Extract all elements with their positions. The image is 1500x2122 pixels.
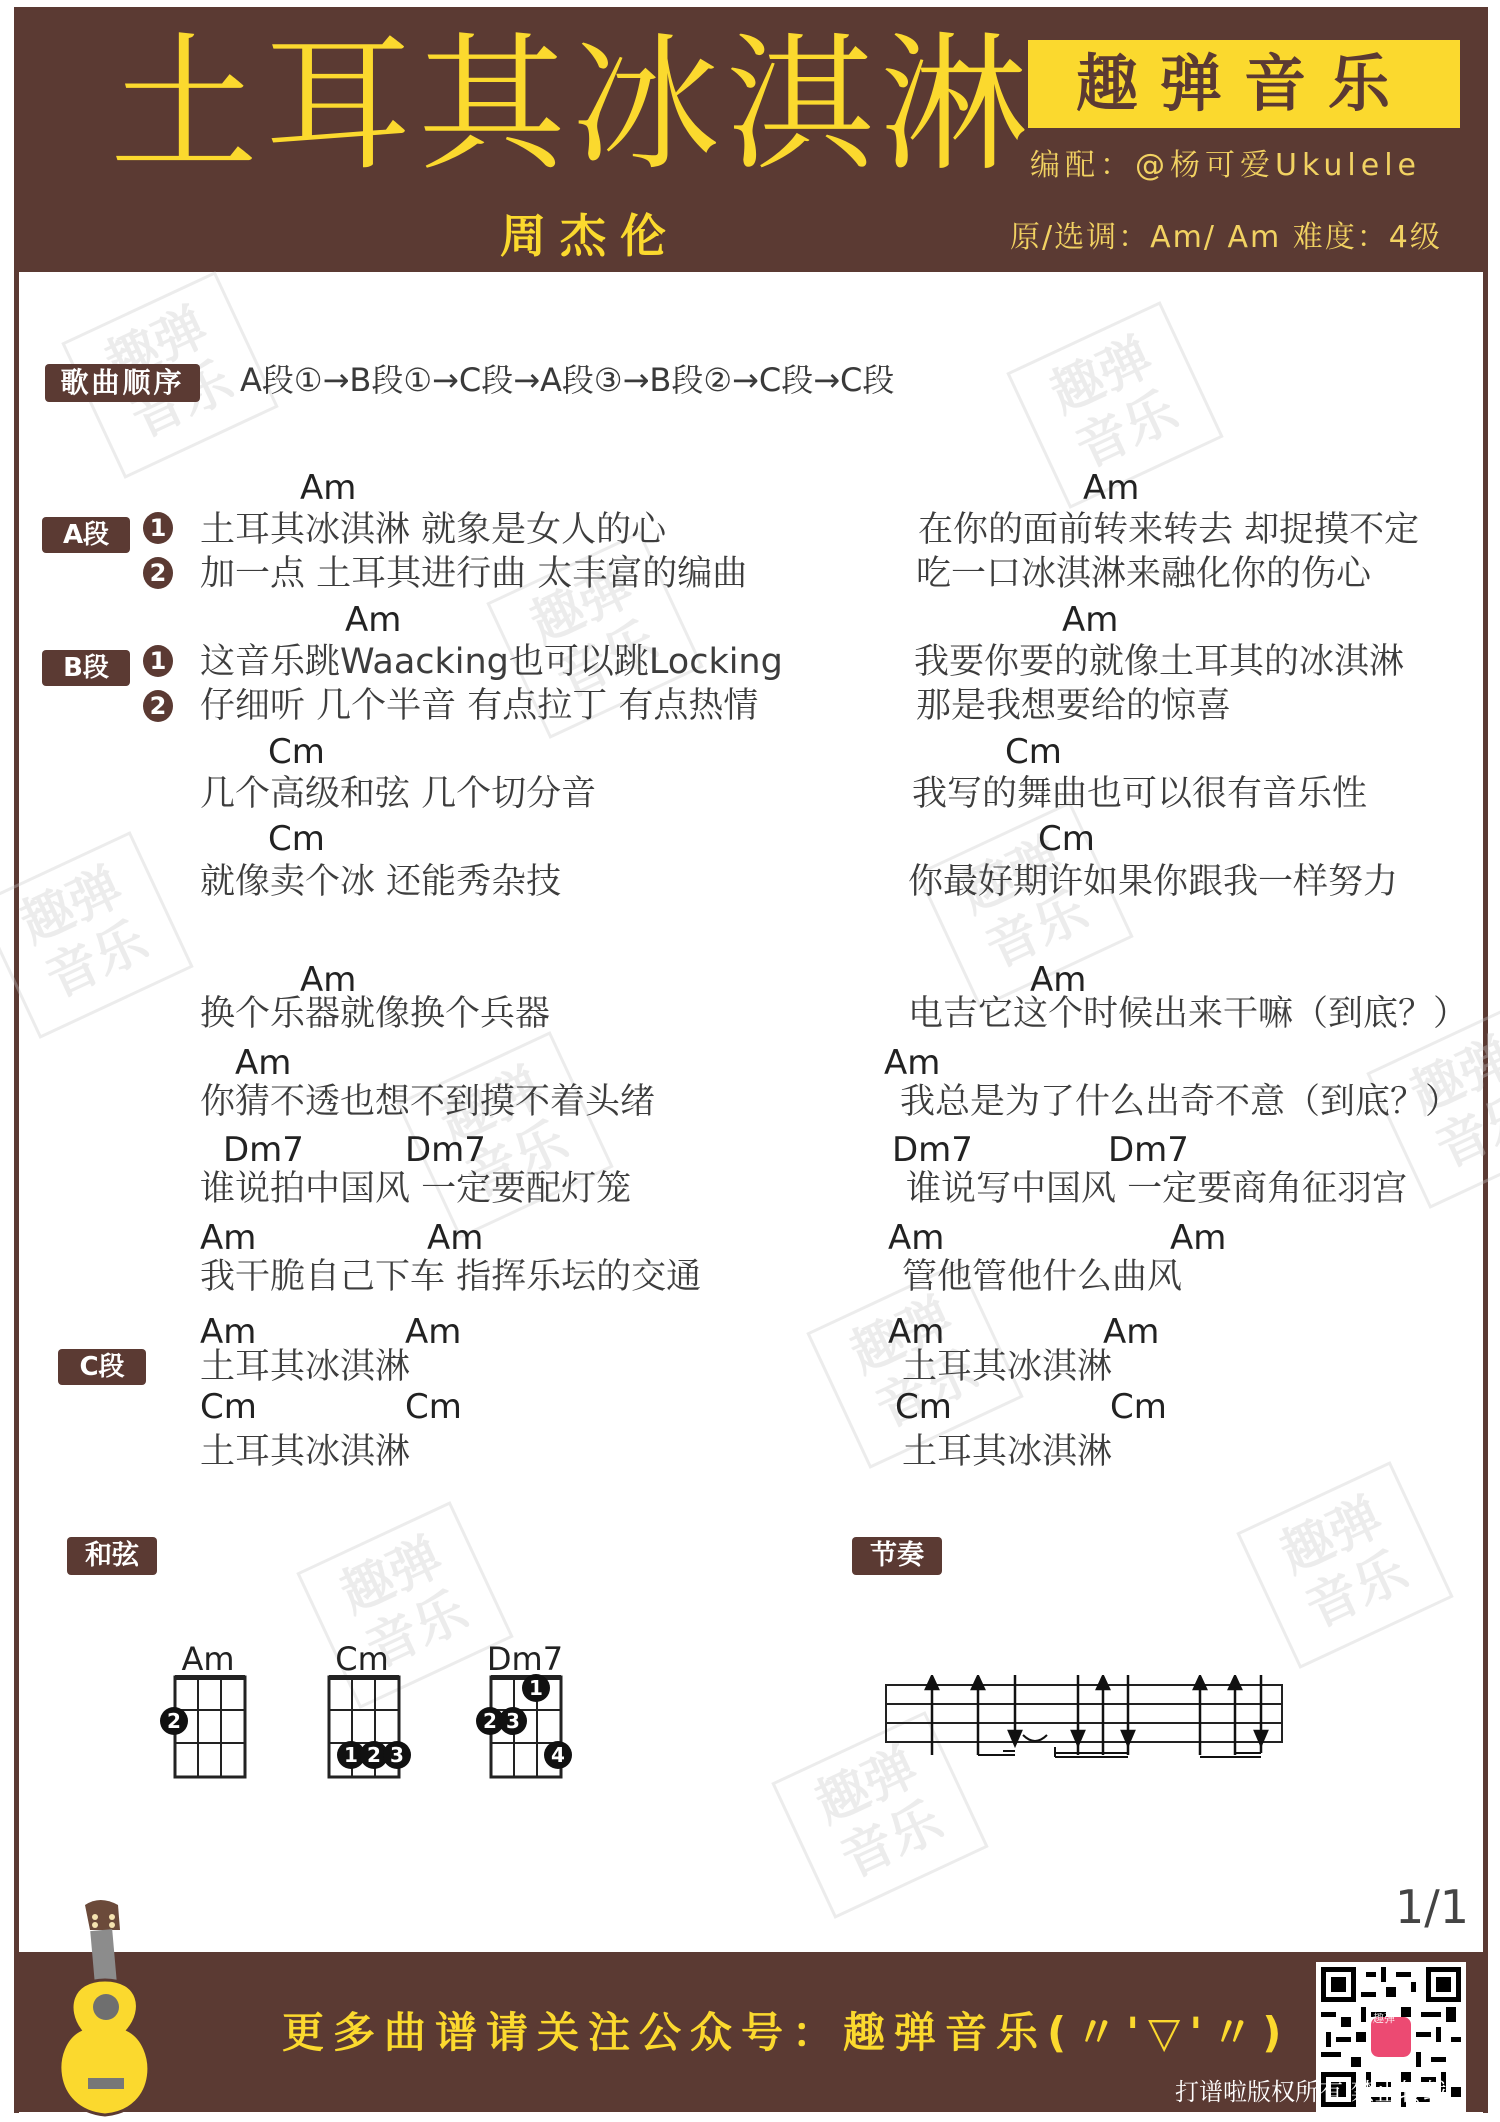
chord-label: Am [1083, 468, 1139, 508]
section-c-label: C段 [58, 1349, 146, 1385]
chord-diagram-cm [327, 1675, 407, 1789]
lyric-line: 我总是为了什么出奇不意（到底？） [900, 1080, 1460, 1124]
lyric-line: 土耳其冰淇淋 [902, 1345, 1112, 1389]
finger-dot: 1 [522, 1674, 550, 1702]
lyric-line: 这音乐跳Waacking也可以跳Locking [200, 640, 783, 684]
lyric-line: 那是我想要给的惊喜 [916, 684, 1231, 728]
verse-number-1: 1 [143, 512, 173, 544]
chord-label: Cm [268, 819, 325, 859]
chord-label: Am [427, 1218, 483, 1258]
lyric-line: 谁说拍中国风 一定要配灯笼 [200, 1167, 631, 1211]
chord-label: Am [888, 1218, 944, 1258]
chord-label: Cm [200, 1387, 257, 1427]
chord-label: Dm7 [892, 1130, 973, 1170]
chord-label: Dm7 [223, 1130, 304, 1170]
rhythm-label: 节奏 [852, 1537, 942, 1575]
chord-diagram-name: Am [168, 1640, 248, 1678]
chord-label: Am [200, 1218, 256, 1258]
chord-label: Cm [1005, 732, 1062, 772]
lyric-line: 管他管他什么曲风 [902, 1255, 1182, 1299]
chord-label: Dm7 [405, 1130, 486, 1170]
song-title: 土耳其冰淇淋 [110, 20, 1034, 190]
key-difficulty-info: 原/选调：Am/ Am 难度：4级 [1010, 212, 1442, 256]
chord-label: Am [300, 468, 356, 508]
finger-dot: 3 [499, 1707, 527, 1735]
chord-label: Cm [895, 1387, 952, 1427]
verse-number-2: 2 [143, 690, 173, 722]
strum-pattern [885, 1675, 1285, 1779]
chord-label: Dm7 [1108, 1130, 1189, 1170]
brand-logo: 趣弹音乐 [1028, 40, 1460, 128]
qr-badge: 趣弹 [1362, 2010, 1406, 2030]
lyric-line: 我干脆自己下车 指挥乐坛的交通 [200, 1255, 701, 1299]
footer-follow-text: 更多曲谱请关注公众号：趣弹音乐(〃'▽'〃) [282, 2000, 1290, 2060]
chord-diagram-name: Dm7 [485, 1640, 565, 1678]
finger-dot: 2 [160, 1707, 188, 1735]
arranger-credit: 编配：@杨可爱Ukulele [1030, 140, 1421, 184]
lyric-line: 仔细听 几个半音 有点拉丁 有点热情 [200, 684, 758, 728]
chord-diagram-am [173, 1675, 253, 1789]
artist-name: 周杰伦 [500, 200, 680, 266]
chord-label: Am [1062, 600, 1118, 640]
chord-label: Am [405, 1312, 461, 1352]
chord-label: Cm [268, 732, 325, 772]
lyric-line: 土耳其冰淇淋 就象是女人的心 [200, 508, 666, 552]
chord-label: Cm [405, 1387, 462, 1427]
finger-dot: 3 [383, 1741, 411, 1769]
verse-number-2: 2 [143, 557, 173, 589]
lyric-line: 吃一口冰淇淋来融化你的伤心 [916, 552, 1371, 596]
lyric-line: 我要你要的就像土耳其的冰淇淋 [914, 640, 1404, 684]
lyric-line: 在你的面前转来转去 却捉摸不定 [918, 508, 1419, 552]
song-order-sequence: A段①→B段①→C段→A段③→B段②→C段→C段 [240, 356, 894, 404]
chord-diagram-name: Cm [322, 1640, 402, 1678]
lyric-line: 你最好期许如果你跟我一样努力 [908, 860, 1398, 904]
verse-number-1: 1 [143, 645, 173, 677]
lyric-line: 电吉它这个时候出来干嘛（到底？） [908, 992, 1468, 1036]
lyric-line: 土耳其冰淇淋 [902, 1430, 1112, 1474]
lyric-line: 加一点 土耳其进行曲 太丰富的编曲 [200, 552, 747, 596]
chord-label: Am [235, 1043, 291, 1083]
page-number: 1/1 [1395, 1880, 1469, 1934]
chords-label: 和弦 [67, 1537, 157, 1575]
lyric-line: 换个乐器就像换个兵器 [200, 992, 550, 1036]
lyric-line: 土耳其冰淇淋 [200, 1430, 410, 1474]
section-b-label: B段 [42, 650, 130, 686]
lyric-line: 土耳其冰淇淋 [200, 1345, 410, 1389]
chord-label: Am [345, 600, 401, 640]
lyric-line: 就像卖个冰 还能秀杂技 [200, 860, 561, 904]
lyric-line: 我写的舞曲也可以很有音乐性 [912, 772, 1367, 816]
ukulele-illustration [40, 1895, 170, 2122]
lyric-line: 几个高级和弦 几个切分音 [200, 772, 596, 816]
lyric-line: 你猜不透也想不到摸不着头绪 [200, 1080, 655, 1124]
chord-label: Am [1170, 1218, 1226, 1258]
section-a-label: A段 [42, 517, 130, 553]
song-order-label: 歌曲顺序 [45, 364, 200, 402]
copyright-notice: 打谱啦版权所有 禁止转载 [1175, 2072, 1447, 2107]
lyric-line: 谁说写中国风 一定要商角征羽宫 [906, 1167, 1407, 1211]
finger-dot: 4 [544, 1741, 572, 1769]
chord-label: Am [884, 1043, 940, 1083]
chord-label: Cm [1038, 819, 1095, 859]
chord-label: Cm [1110, 1387, 1167, 1427]
